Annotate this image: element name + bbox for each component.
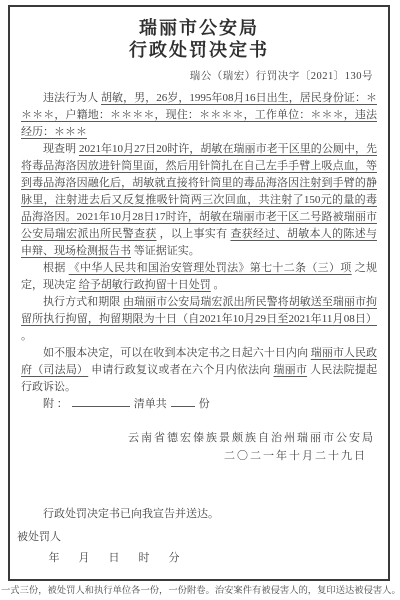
title-block: 瑞丽市公安局 行政处罚决定书 [21, 17, 377, 61]
facts-description: 2021年10月27日20时许，胡敏在瑞丽市老干区里的公厕中，先将毒品海洛因放进… [21, 143, 377, 240]
legal-tail: 。 [214, 279, 225, 291]
appeal-court: 瑞丽市 [273, 364, 307, 376]
facts-evidence-lead: ，以上事实有 [160, 228, 228, 240]
attachment-name-blank-line [72, 396, 130, 407]
paragraph-legal-basis: 根据 《中华人民共和国治安管理处罚法》第七十二条（三）项 之规定，现决定 给予胡… [21, 260, 377, 294]
acknowledgment-block: 行政处罚决定书已向我宣告并送达。 被处罚人 年 月 日 时 分 [21, 506, 377, 571]
signature-block: 云南省德宏傣族景颇族自治州瑞丽市公安局 二〇二一年十月二十九日 [21, 429, 377, 465]
execution-label: 执行方式和期限 [43, 296, 120, 308]
offender-label: 违法行为人 [43, 92, 98, 104]
facts-label: 现查明 [43, 143, 76, 155]
facts-evidence-tail: 等证据证实。 [134, 245, 200, 257]
legal-label: 根据 [43, 262, 66, 274]
document-page: 瑞丽市公安局 行政处罚决定书 瑞公（瑞宏）行罚决字〔2021〕130号 违法行为… [0, 0, 400, 600]
sign-datetime-label: 年 月 日 时 分 [49, 550, 378, 567]
legal-law-cited: 《中华人民共和国治安管理处罚法》第七十二条（三）项 [69, 262, 352, 274]
paragraph-facts: 现查明 2021年10月27日20时许，胡敏在瑞丽市老干区里的公厕中，先将毒品海… [21, 141, 377, 260]
execution-tail: 。 [21, 330, 32, 342]
org-title: 瑞丽市公安局 [21, 17, 377, 39]
acknowledgment-statement: 行政处罚决定书已向我宣告并送达。 [21, 506, 377, 523]
paragraph-offender-info: 违法行为人 胡敏，男，26岁，1995年08月16日出生，居民身份证：＊＊＊＊，… [21, 90, 377, 141]
issuing-agency: 云南省德宏傣族景颇族自治州瑞丽市公安局 [21, 429, 377, 447]
paragraph-appeal-rights: 如不服本决定，可以在收到本决定书之日起六十日内向 瑞丽市人民政府（司法局） 申请… [21, 345, 377, 396]
punished-person-label: 被处罚人 [17, 529, 377, 546]
attachment-count-blank-line [171, 396, 195, 407]
doc-title: 行政处罚决定书 [21, 39, 377, 61]
attachment-mid: 清单共 [134, 398, 167, 410]
legal-decision: 给予胡敏行政拘留十日处罚 [79, 279, 211, 291]
appeal-pre: 如不服本决定，可以在收到本决定书之日起六十日内向 [43, 347, 308, 359]
document-border-frame: 瑞丽市公安局 行政处罚决定书 瑞公（瑞宏）行罚决字〔2021〕130号 违法行为… [8, 5, 390, 581]
paragraph-attachment: 附 ：清单共份 [21, 396, 377, 413]
attachment-tail: 份 [199, 398, 210, 410]
distribution-note: 一式三份，被处罚人和执行单位各一份，一份附卷。治安案件有被侵害人的，复印送达被侵… [1, 585, 399, 597]
attachment-label: 附 ： [43, 398, 68, 410]
paragraph-execution: 执行方式和期限 由瑞丽市公安局瑞宏派出所民警将胡敏送至瑞丽市拘留所执行拘留，拘留… [21, 294, 377, 345]
issue-date: 二〇二一年十月二十九日 [21, 447, 377, 465]
appeal-mid: 申请行政复议或者在六个月内依法向 [91, 364, 270, 376]
doc-number: 瑞公（瑞宏）行罚决字〔2021〕130号 [21, 68, 373, 83]
